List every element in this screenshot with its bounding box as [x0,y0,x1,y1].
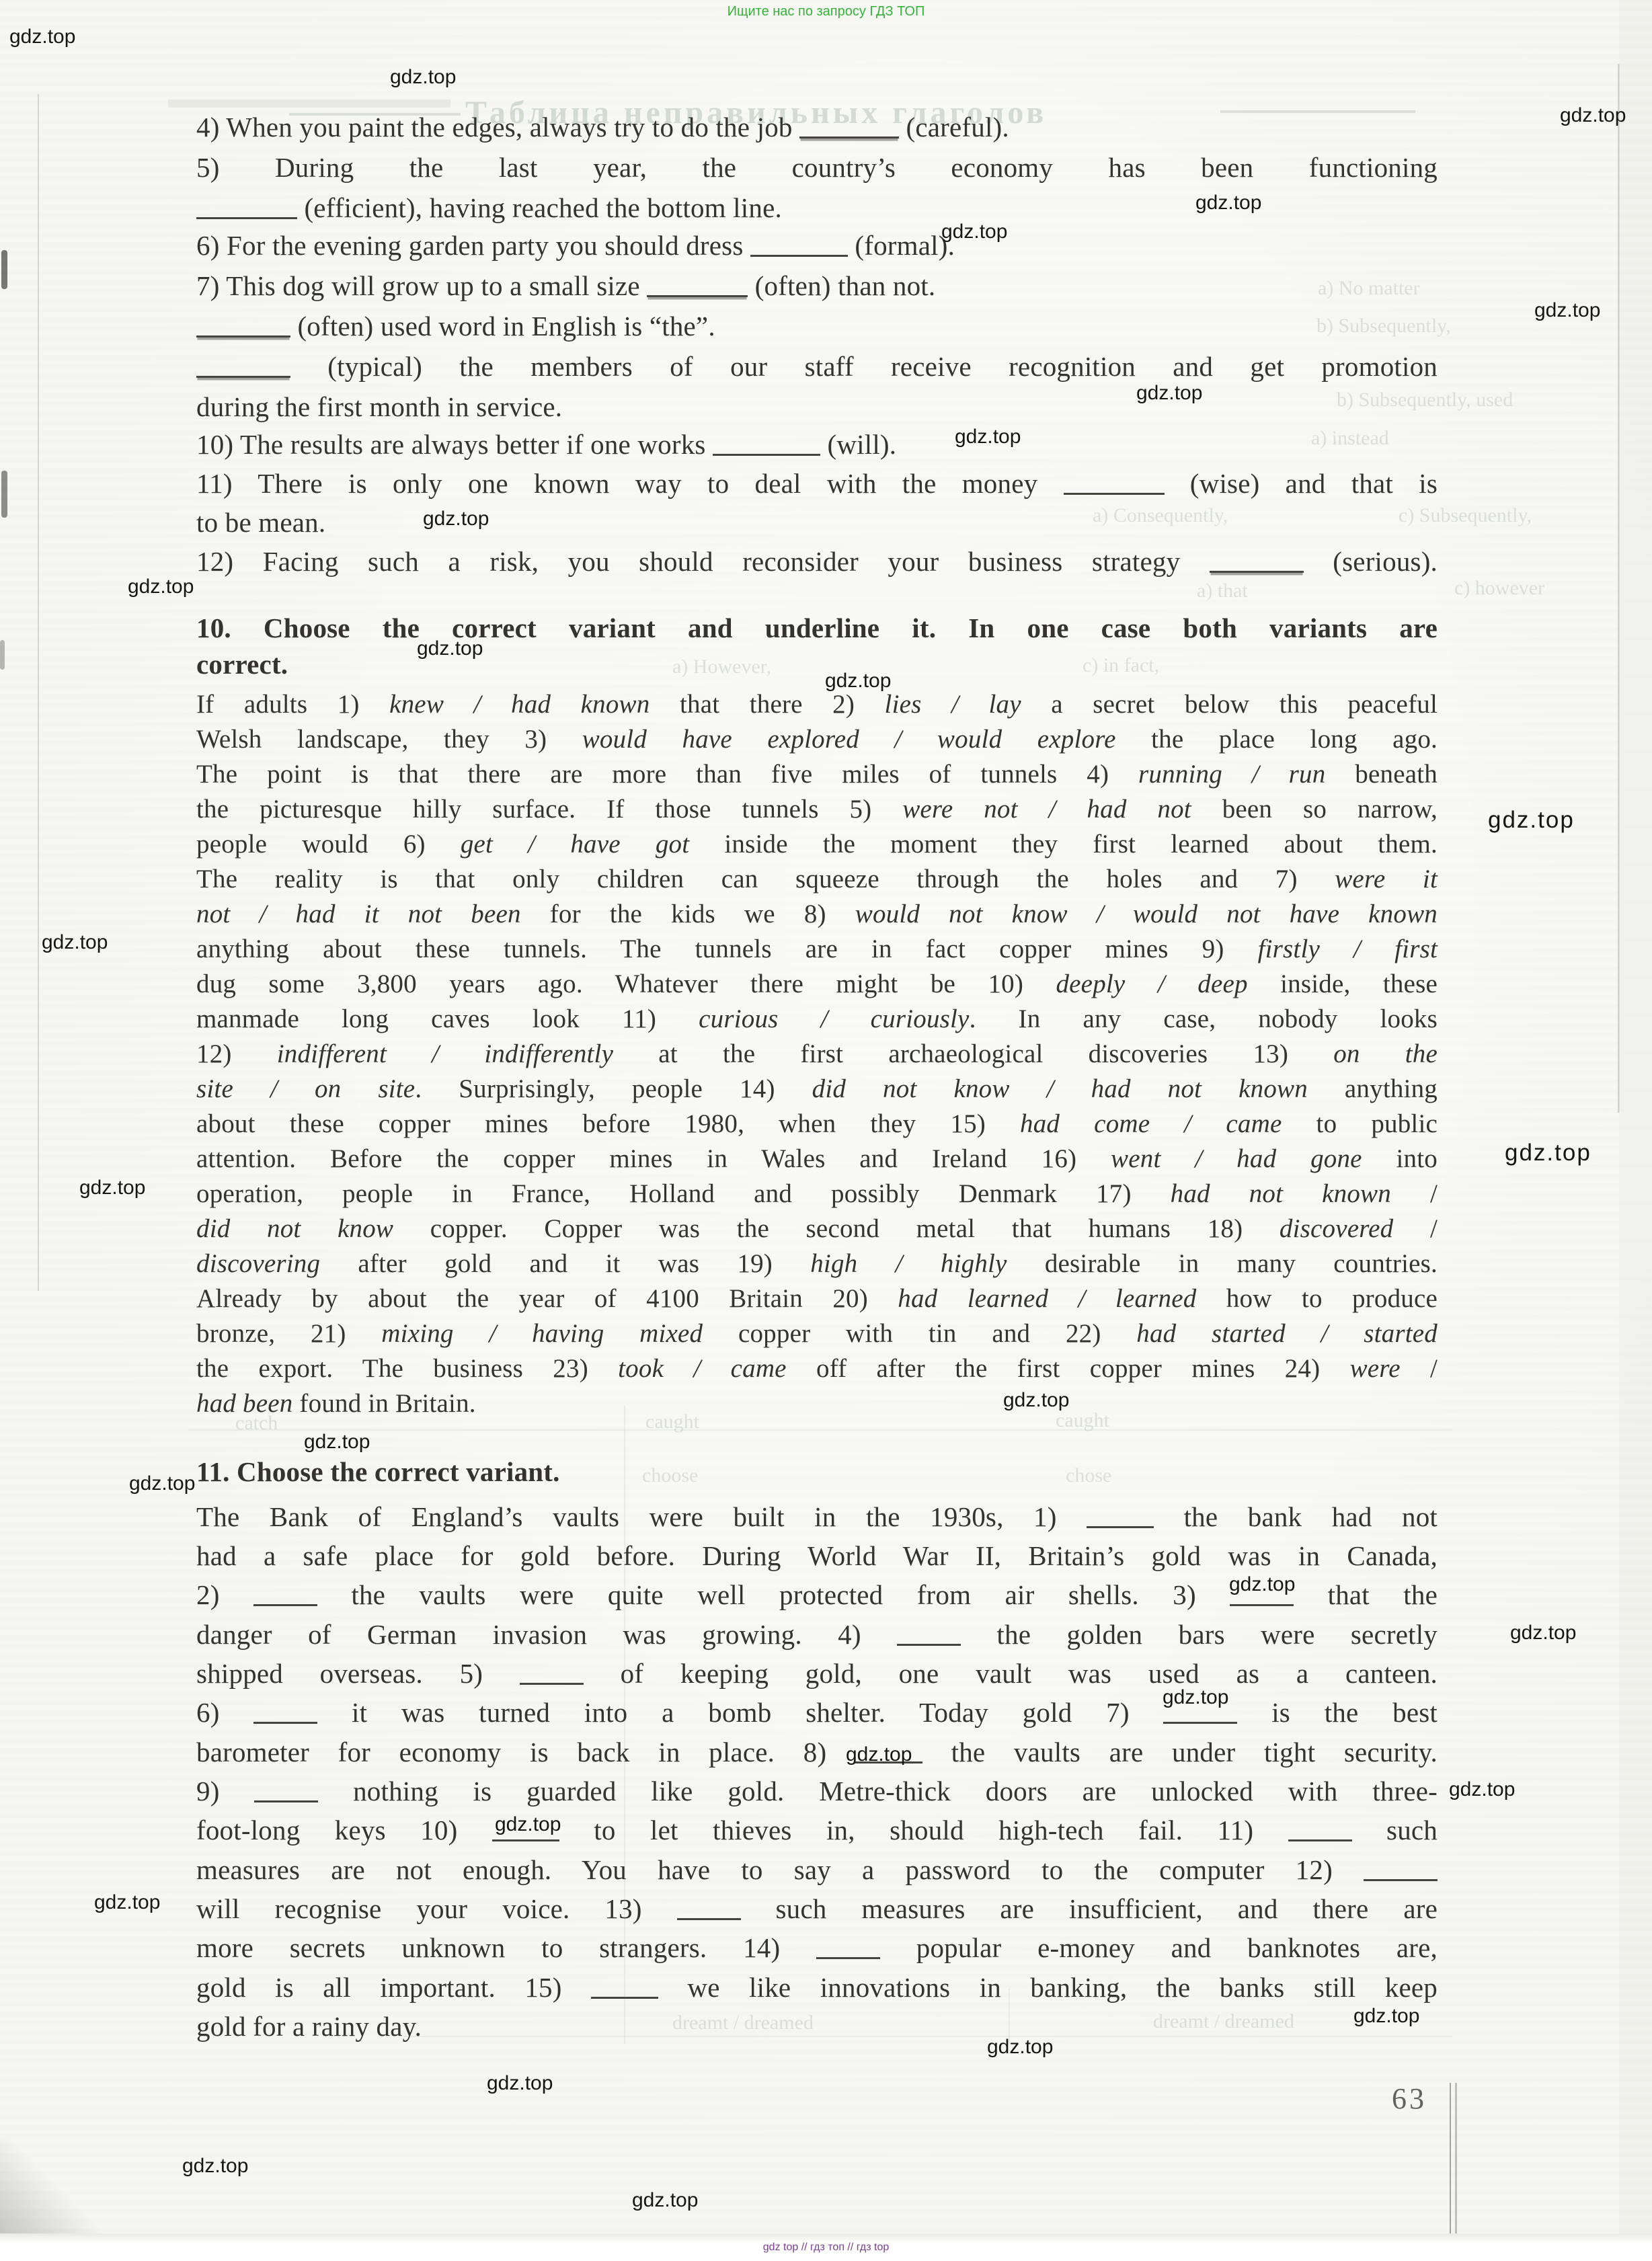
ghost-bleedthrough-text: dreamt / dreamed [672,2012,814,2034]
ghost-bleedthrough-text: b) Subsequently, [1316,315,1451,338]
text-segment: 12) [196,1039,277,1068]
answer-blank [1064,479,1165,495]
exercise-10-heading: correct. [196,648,1438,680]
watermark: gdz.top [182,2155,248,2178]
text-segment: (often) than not. [748,270,935,301]
text-segment: measures are not enough. You have to say… [196,1854,1364,1885]
ghost-bleedthrough-text: c) in fact, [1083,654,1159,677]
answer-blank [750,241,848,257]
text-segment: nothing is guarded like gold. Metre-thic… [318,1776,1438,1807]
ghost-bleedthrough-text: c) however [1454,577,1544,600]
text-segment: the picturesque hilly surface. If those … [196,795,902,824]
text-segment: anything about these tunnels. The tunnel… [196,935,1258,963]
text-segment: The reality is that only children can sq… [196,865,1335,894]
answer-blank [196,203,297,219]
exercise-10-heading: 10. Choose the correct variant and under… [196,612,1438,644]
text-line: bronze, 21) mixing / having mixed copper… [196,1318,1438,1349]
binding-line [1455,2083,1457,2236]
ghost-bleedthrough-text: catch [235,1412,278,1435]
text-line: barometer for economy is back in place. … [196,1736,1438,1768]
text-line: anything about these tunnels. The tunnel… [196,934,1438,965]
ghost-table-row-line [188,1429,1452,1431]
watermark: gdz.top [1003,1389,1069,1412]
text-line: will recognise your voice. 13) such meas… [196,1893,1438,1925]
text-line: people would 6) get / have got inside th… [196,829,1438,860]
text-line: 12) Facing such a risk, you should recon… [196,545,1438,578]
answer-blank [196,321,290,338]
text-line: did not know copper. Copper was the seco… [196,1214,1438,1244]
text-line: attention. Before the copper mines in Wa… [196,1144,1438,1175]
variant-option-text: had not known [1171,1179,1391,1208]
binding-line [1450,2083,1451,2236]
text-segment: (formal). [848,230,955,261]
text-segment: the vaults are under tight security. [922,1737,1438,1768]
text-segment: the bank had not [1154,1501,1438,1532]
watermark: gdz.top [1163,1686,1228,1709]
watermark: gdz.top [304,1431,370,1454]
answer-blank [1163,1708,1237,1724]
text-line: shipped overseas. 5) of keeping gold, on… [196,1657,1438,1690]
text-line: during the first month in service. [196,391,1438,423]
text-segment: inside the moment they first learned abo… [689,830,1438,859]
text-segment: of keeping gold, one vault was used as a… [584,1658,1438,1689]
left-edge-mark [1,250,7,289]
answer-blank [647,281,748,297]
text-segment: to be mean. [196,507,325,538]
text-segment: 11) There is only one known way to deal … [196,468,1064,499]
text-segment: dug some 3,800 years ago. Whatever there… [196,969,1056,998]
variant-option-text: took / came [618,1354,787,1383]
text-line: 6) For the evening garden party you shou… [196,229,1438,262]
answer-blank [254,1786,318,1802]
watermark: gdz.top [390,66,456,89]
ghost-bleedthrough-text: a) that [1197,580,1248,602]
text-line: 7) This dog will grow up to a small size… [196,270,1438,302]
text-line: more secrets unknown to strangers. 14) p… [196,1932,1438,1964]
answer-blank [196,362,290,378]
text-segment: (typical) the members of our staff recei… [290,351,1438,382]
scan-streak [168,100,450,108]
text-segment: bronze, 21) [196,1319,381,1348]
text-line: the picturesque hilly surface. If those … [196,794,1438,825]
text-segment: The point is that there are more than fi… [196,760,1138,789]
text-segment: 7) This dog will grow up to a small size [196,270,647,301]
text-segment: desirable in many countries. [1007,1249,1438,1278]
answer-blank [713,440,820,456]
text-segment: had a safe place for gold before. During… [196,1540,1438,1571]
ghost-bleedthrough-text: caught [645,1411,699,1433]
text-line: The reality is that only children can sq… [196,864,1438,895]
text-segment: (careful). [899,112,1009,143]
right-margin-shade [1619,0,1652,2261]
text-segment: more secrets unknown to strangers. 14) [196,1932,816,1963]
text-segment: attention. Before the copper mines in Wa… [196,1144,1111,1173]
text-segment: (efficient), having reached the bottom l… [297,192,782,223]
text-segment: / [1393,1214,1438,1243]
watermark: gdz.top [1195,192,1261,214]
text-line: site / on site. Surprisingly, people 14)… [196,1074,1438,1105]
variant-option-text: were it [1335,865,1438,894]
ghost-bleedthrough-text: a) instead [1311,427,1389,450]
variant-option-text: curious / curiously [699,1004,969,1033]
variant-option-text: did not know [196,1214,393,1243]
text-segment: The Bank of England’s vaults were built … [196,1501,1087,1532]
text-segment: manmade long caves look 11) [196,1004,699,1033]
text-line: manmade long caves look 11) curious / cu… [196,1004,1438,1035]
text-line: If adults 1) knew / had known that there… [196,689,1438,720]
text-segment: gold for a rainy day. [196,2011,422,2042]
scanned-page: Ищите нас по запросу ГДЗ ТОП Таблица неп… [0,0,1652,2261]
text-segment: is the best [1237,1697,1438,1728]
watermark: gdz.top [42,931,108,954]
left-edge-mark [1,471,7,518]
text-segment: the place long ago. [1116,725,1438,754]
watermark: gdz.top [129,1472,195,1495]
watermark: gdz.top [825,670,891,692]
variant-option-text: on the [1333,1039,1438,1068]
text-line: The Bank of England’s vaults were built … [196,1501,1438,1533]
answer-blank [897,1630,961,1646]
variant-option-text: lies / lay [885,690,1021,719]
variant-option-text: not / had it not been [196,900,521,928]
scan-streak [175,597,1439,602]
text-line: 10) The results are always better if one… [196,428,1438,461]
text-segment: (will). [820,429,896,460]
text-segment: copper with tin and 22) [703,1319,1136,1348]
text-segment: at the first archaeological discoveries … [613,1039,1333,1068]
ghost-bleedthrough-text: a) No matter [1318,277,1420,300]
text-segment: such measures are insufficient, and ther… [741,1893,1438,1924]
text-segment: beneath [1325,760,1438,789]
text-segment: danger of German invasion was growing. 4… [196,1619,897,1650]
answer-blank [799,122,899,138]
text-segment: 4) When you paint the edges, always try … [196,112,799,143]
text-segment: during the first month in service. [196,391,562,422]
variant-option-text: had started / started [1136,1319,1438,1348]
text-segment: anything [1308,1074,1438,1103]
text-segment: 12) Facing such a risk, you should recon… [196,546,1210,577]
variant-option-text: running / run [1138,760,1325,789]
page-edge-line-left [38,94,39,1291]
watermark: gdz.top [128,576,194,598]
answer-blank [591,1983,658,1999]
variant-option-text: mixing / having mixed [381,1319,703,1348]
variant-option-text: high / highly [810,1249,1007,1278]
text-line: about these copper mines before 1980, wh… [196,1109,1438,1140]
text-segment: 11. Choose the correct variant. [196,1456,560,1487]
text-segment: / [1391,1179,1438,1208]
text-line: had a safe place for gold before. During… [196,1540,1438,1572]
watermark: gdz.top [1510,1622,1576,1644]
variant-option-text: were [1350,1354,1401,1383]
text-line: 9) nothing is guarded like gold. Metre-t… [196,1775,1438,1807]
ghost-bleedthrough-text: dreamt / dreamed [1153,2010,1294,2033]
text-segment: 10) The results are always better if one… [196,429,713,460]
watermark: gdz.top [987,2036,1053,2059]
text-segment: barometer for economy is back in place. … [196,1737,855,1768]
text-segment: after gold and it was 19) [320,1249,810,1278]
watermark: gdz.top [941,221,1007,243]
text-line: the export. The business 23) took / came… [196,1353,1438,1384]
footer-site-note: gdz top // гдз топ // гдз top [0,2242,1652,2254]
text-segment: that there 2) [650,690,884,719]
text-line: 11) There is only one known way to deal … [196,467,1438,500]
answer-blank [816,1943,880,1959]
text-line: to be mean. [196,506,1438,539]
text-line: Welsh landscape, they 3) would have expl… [196,724,1438,755]
watermark: gdz.top [9,26,75,48]
variant-option-text: were not / had not [902,795,1191,824]
text-segment: off after the first copper mines 24) [787,1354,1350,1383]
text-segment: / [1401,1354,1438,1383]
watermark: gdz.top [846,1743,912,1766]
text-segment: If adults 1) [196,690,389,719]
variant-option-text: had learned / learned [898,1284,1196,1313]
variant-option-text: would have explored / would explore [582,725,1116,754]
text-segment: the vaults were quite well protected fro… [317,1579,1230,1610]
text-segment: (serious). [1304,546,1438,577]
variant-option-text: firstly / first [1258,935,1438,963]
text-line: (often) used word in English is “the”. [196,310,1438,342]
text-segment: (wise) and that is [1165,468,1438,499]
text-segment: Welsh landscape, they 3) [196,725,582,754]
answer-blank [1087,1512,1154,1528]
text-segment: operation, people in France, Holland and… [196,1179,1171,1208]
watermark: gdz.top [94,1891,160,1914]
text-line: not / had it not been for the kids we 8)… [196,899,1438,930]
watermark: gdz.top [955,426,1021,448]
text-segment: 6) [196,1697,253,1728]
watermark: gdz.top [1560,104,1626,127]
text-segment: the export. The business 23) [196,1354,618,1383]
header-promo-note: Ищите нас по запросу ГДЗ ТОП [0,4,1652,19]
text-line: foot-long keys 10) to let thieves in, sh… [196,1814,1438,1846]
variant-option-text: had come / came [1020,1109,1282,1138]
text-segment: Already by about the year of 4100 Britai… [196,1284,898,1313]
text-segment: to public [1282,1109,1438,1138]
text-segment: 10. Choose the correct variant and under… [196,612,1438,643]
text-segment: into [1362,1144,1438,1173]
ghost-bleedthrough-text: chose [1066,1464,1111,1487]
watermark: gdz.top [487,2072,553,2095]
text-segment: foot-long keys 10) [196,1815,492,1846]
text-segment: correct. [196,649,288,680]
text-line: danger of German invasion was growing. 4… [196,1618,1438,1651]
text-segment: about these copper mines before 1980, wh… [196,1109,1020,1138]
left-edge-mark [0,640,5,670]
text-line: operation, people in France, Holland and… [196,1179,1438,1209]
variant-option-text: knew / had known [389,690,650,719]
text-segment: 5) During the last year, the country’s e… [196,152,1438,183]
variant-option-text: went / had gone [1111,1144,1362,1173]
watermark: gdz.top [1488,807,1575,834]
text-segment: copper. Copper was the second metal that… [393,1214,1280,1243]
watermark: gdz.top [79,1177,145,1199]
ghost-bleedthrough-text: caught [1056,1409,1109,1432]
text-line: (typical) the members of our staff recei… [196,350,1438,383]
text-segment: inside, these [1248,969,1438,998]
text-segment: it was turned into a bomb shelter. Today… [317,1697,1163,1728]
watermark: gdz.top [1449,1778,1515,1801]
text-segment: for the kids we 8) [521,900,855,928]
text-segment: 9) [196,1776,254,1807]
watermark: gdz.top [423,508,489,530]
text-line: had been found in Britain. [196,1388,1438,1419]
variant-option-text: deeply / deep [1056,969,1247,998]
text-segment: been so narrow, [1191,795,1438,824]
text-segment: we like innovations in banking, the bank… [658,1972,1438,2003]
text-line: The point is that there are more than fi… [196,759,1438,790]
watermark: gdz.top [1229,1573,1295,1596]
text-segment: gold is all important. 15) [196,1972,591,2003]
text-line: dug some 3,800 years ago. Whatever there… [196,969,1438,1000]
text-segment: found in Britain. [292,1389,475,1418]
watermark: gdz.top [1505,1140,1591,1166]
text-segment: such [1352,1815,1438,1846]
text-line: gold is all important. 15) we like innov… [196,1971,1438,2004]
variant-option-text: would not know / would not have known [855,900,1438,928]
text-line: measures are not enough. You have to say… [196,1854,1438,1886]
exercise-11-heading: 11. Choose the correct variant. [196,1456,1438,1488]
variant-option-text: indifferent / indifferently [277,1039,613,1068]
variant-option-text: discovered [1280,1214,1393,1243]
ghost-bleedthrough-text: choose [642,1464,698,1487]
text-segment: will recognise your voice. 13) [196,1893,677,1924]
text-segment: 2) [196,1579,253,1610]
text-line: 12) indifferent / indifferently at the f… [196,1039,1438,1070]
text-line: Already by about the year of 4100 Britai… [196,1283,1438,1314]
answer-blank [677,1904,741,1920]
text-segment: the golden bars were secretly [961,1619,1438,1650]
answer-blank [1288,1825,1352,1841]
watermark: gdz.top [417,637,483,660]
ghost-bleedthrough-text: b) Subsequently, used [1337,389,1513,411]
text-segment: popular e-money and banknotes are, [880,1932,1438,1963]
answer-blank [1210,557,1304,573]
text-segment: that the [1294,1579,1438,1610]
text-segment: people would 6) [196,830,461,859]
answer-blank [253,1708,317,1724]
page-number: 63 [1392,2081,1427,2116]
watermark: gdz.top [632,2189,698,2212]
text-segment: (often) used word in English is “the”. [290,311,715,342]
answer-blank [253,1590,317,1606]
variant-option-text: site / on site [196,1074,415,1103]
variant-option-text: did not know / had not known [812,1074,1308,1103]
text-line: 4) When you paint the edges, always try … [196,111,1438,143]
text-segment: . Surprisingly, people 14) [415,1074,812,1103]
text-segment: . In any case, nobody looks [970,1004,1438,1033]
text-segment: shipped overseas. 5) [196,1658,520,1689]
text-segment: a secret below this peaceful [1021,690,1438,719]
watermark: gdz.top [495,1813,561,1836]
ghost-bleedthrough-text: a) Consequently, [1093,504,1228,527]
text-segment: to let thieves in, should high-tech fail… [559,1815,1288,1846]
answer-blank [1364,1865,1438,1881]
watermark: gdz.top [1353,2005,1419,2028]
variant-option-text: discovering [196,1249,320,1278]
ghost-bleedthrough-text: a) However, [672,656,771,678]
answer-blank [520,1669,584,1685]
text-line: discovering after gold and it was 19) hi… [196,1248,1438,1279]
text-line: 5) During the last year, the country’s e… [196,151,1438,184]
watermark: gdz.top [1136,382,1202,405]
ghost-bleedthrough-text: c) Subsequently, [1399,504,1532,527]
variant-option-text: get / have got [461,830,689,859]
watermark: gdz.top [1534,299,1600,322]
text-segment: how to produce [1196,1284,1438,1313]
text-line: 6) it was turned into a bomb shelter. To… [196,1696,1438,1729]
text-segment: 6) For the evening garden party you shou… [196,230,750,261]
